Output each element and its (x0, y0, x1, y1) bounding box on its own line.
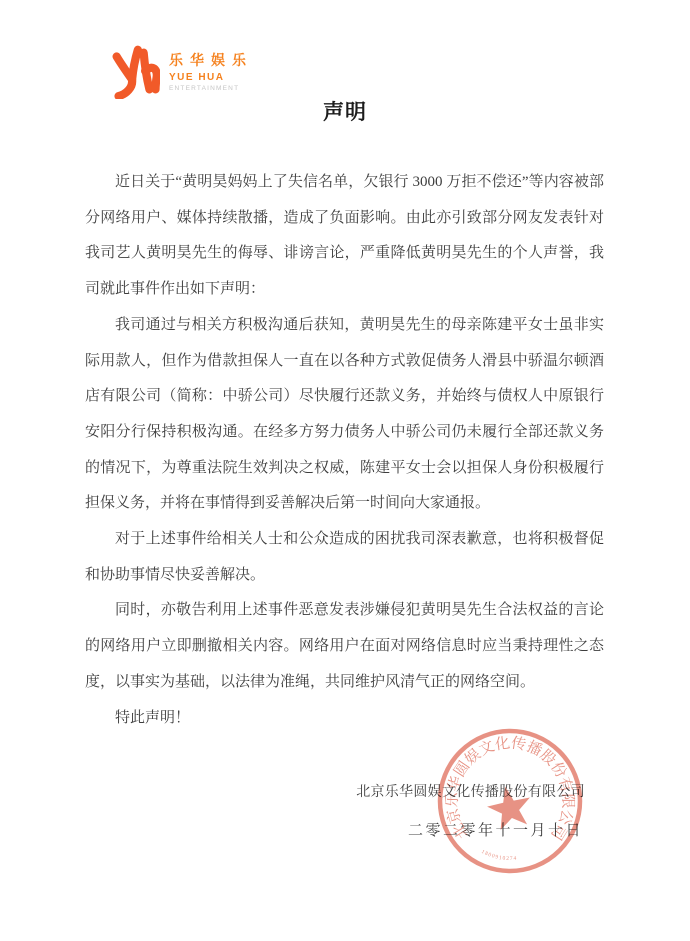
yuehua-yh-logo-icon (108, 43, 160, 99)
document-title: 声明 (0, 97, 690, 127)
logo-name-cn: 乐华娱乐 (169, 53, 253, 67)
statement-paragraph-2: 我司通过与相关方积极沟通后获知，黄明昊先生的母亲陈建平女士虽非实际用款人，但作为… (85, 308, 604, 522)
statement-closing: 特此声明！ (85, 701, 604, 737)
statement-body: 近日关于“黄明昊妈妈上了失信名单，欠银行 3000 万拒不偿还”等内容被部分网络… (85, 165, 604, 736)
seal-number-container: 1800910274 (480, 849, 517, 862)
statement-document-page: 乐华娱乐 YUE HUA ENTERTAINMENT 声明 近日关于“黄明昊妈妈… (0, 0, 690, 941)
signature-block: 北京乐华圆娱文化传播股份有限公司 二零二零年十一月十日 (356, 783, 585, 841)
logo-name-en: YUE HUA (169, 73, 253, 83)
statement-paragraph-3: 对于上述事件给相关人士和公众造成的困扰我司深表歉意，也将积极督促和协助事情尽快妥… (85, 522, 604, 593)
signature-company-name: 北京乐华圆娱文化传播股份有限公司 (356, 783, 585, 802)
yuehua-logo: 乐华娱乐 YUE HUA ENTERTAINMENT (108, 43, 253, 99)
logo-subtitle: ENTERTAINMENT (169, 86, 253, 93)
statement-paragraph-1: 近日关于“黄明昊妈妈上了失信名单，欠银行 3000 万拒不偿还”等内容被部分网络… (85, 165, 604, 308)
logo-text-block: 乐华娱乐 YUE HUA ENTERTAINMENT (169, 53, 253, 93)
statement-paragraph-4: 同时，亦敬告利用上述事件恶意发表涉嫌侵犯黄明昊先生合法权益的言论的网络用户立即删… (85, 593, 604, 700)
seal-number: 1800910274 (480, 849, 517, 862)
signature-date: 二零二零年十一月十日 (356, 822, 585, 841)
